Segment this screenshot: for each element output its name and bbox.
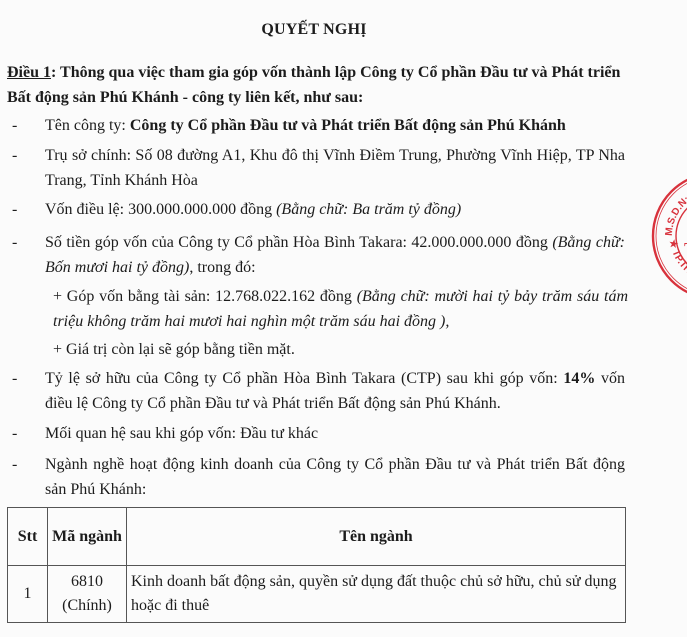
ownership-percent: 14%	[563, 370, 595, 387]
header-name: Tên ngành	[127, 508, 626, 566]
contribution-text: Số tiền góp vốn của Công ty Cổ phần Hòa …	[45, 234, 552, 251]
cell-stt: 1	[8, 566, 48, 623]
bullet-dash: -	[12, 453, 17, 478]
table-header-row: Stt Mã ngành Tên ngành	[8, 508, 626, 566]
sub-item-asset-contribution: + Góp vốn bằng tài sản: 12.768.022.162 đ…	[53, 285, 628, 334]
stamp-outer-ring	[653, 173, 687, 299]
cell-code: 6810 (Chính)	[48, 566, 127, 623]
header-stt: Stt	[8, 508, 48, 566]
cash-contribution-text: + Giá trị còn lại sẽ góp bằng tiền mặt.	[53, 341, 295, 358]
list-item-company-name: - Tên công ty: Công ty Cổ phần Đầu tư và…	[0, 114, 640, 139]
document-title: QUYẾT NGHỊ	[0, 21, 628, 39]
article-label: Điều 1	[7, 64, 51, 81]
item-label: Tên công ty:	[45, 117, 130, 134]
document-page: QUYẾT NGHỊ Điều 1: Thông qua việc tham g…	[0, 0, 687, 637]
list-item-ownership-ratio: - Tỷ lệ sở hữu của Công ty Cổ phần Hòa B…	[0, 367, 640, 416]
list-item-relationship: - Mối quan hệ sau khi góp vốn: Đầu tư kh…	[0, 422, 640, 447]
asset-contribution-text: + Góp vốn bằng tài sản: 12.768.022.162 đ…	[53, 288, 357, 305]
bullet-dash: -	[12, 144, 17, 169]
company-seal-stamp: M.S.D.N:3 ★ TP.THỦ Đ T	[650, 170, 687, 302]
industry-table: Stt Mã ngành Tên ngành 1 6810 (Chính) Ki…	[7, 507, 626, 623]
list-item-business-lines: - Ngành nghề hoạt động kinh doanh của Cô…	[0, 453, 640, 502]
sub-item-cash-contribution: + Giá trị còn lại sẽ góp bằng tiền mặt.	[53, 338, 628, 363]
relationship-text: Mối quan hệ sau khi góp vốn: Đầu tư khác	[45, 422, 625, 447]
list-item-charter-capital: - Vốn điều lệ: 300.000.000.000 đồng (Bằn…	[0, 198, 640, 223]
ownership-text: Tỷ lệ sở hữu của Công ty Cổ phần Hòa Bìn…	[45, 370, 563, 387]
bullet-dash: -	[12, 231, 17, 256]
contribution-suffix: , trong đó:	[189, 259, 255, 276]
bullet-dash: -	[12, 198, 17, 223]
charter-capital-words: (Bằng chữ: Ba trăm tỷ đồng)	[276, 201, 461, 218]
cell-name: Kinh doanh bất động sản, quyền sử dụng đ…	[127, 566, 626, 623]
article-text: Thông qua việc tham gia góp vốn thành lậ…	[7, 64, 620, 106]
table-row: 1 6810 (Chính) Kinh doanh bất động sản, …	[8, 566, 626, 623]
industry-code-note: (Chính)	[52, 594, 122, 618]
article-separator: :	[51, 64, 60, 81]
list-item-contribution: - Số tiền góp vốn của Công ty Cổ phần Hò…	[0, 231, 640, 280]
business-lines-text: Ngành nghề hoạt động kinh doanh của Công…	[45, 453, 625, 502]
industry-code: 6810	[52, 570, 122, 594]
charter-capital-text: Vốn điều lệ: 300.000.000.000 đồng	[45, 201, 276, 218]
list-item-headquarters: - Trụ sở chính: Số 08 đường A1, Khu đô t…	[0, 144, 640, 193]
company-name: Công ty Cổ phần Đầu tư và Phát triển Bất…	[130, 117, 566, 134]
headquarters-text: Trụ sở chính: Số 08 đường A1, Khu đô thị…	[45, 144, 625, 193]
article-1-heading: Điều 1: Thông qua việc tham gia góp vốn …	[7, 60, 627, 110]
bullet-dash: -	[12, 114, 17, 139]
header-code: Mã ngành	[48, 508, 127, 566]
bullet-dash: -	[12, 422, 17, 447]
bullet-dash: -	[12, 367, 17, 392]
